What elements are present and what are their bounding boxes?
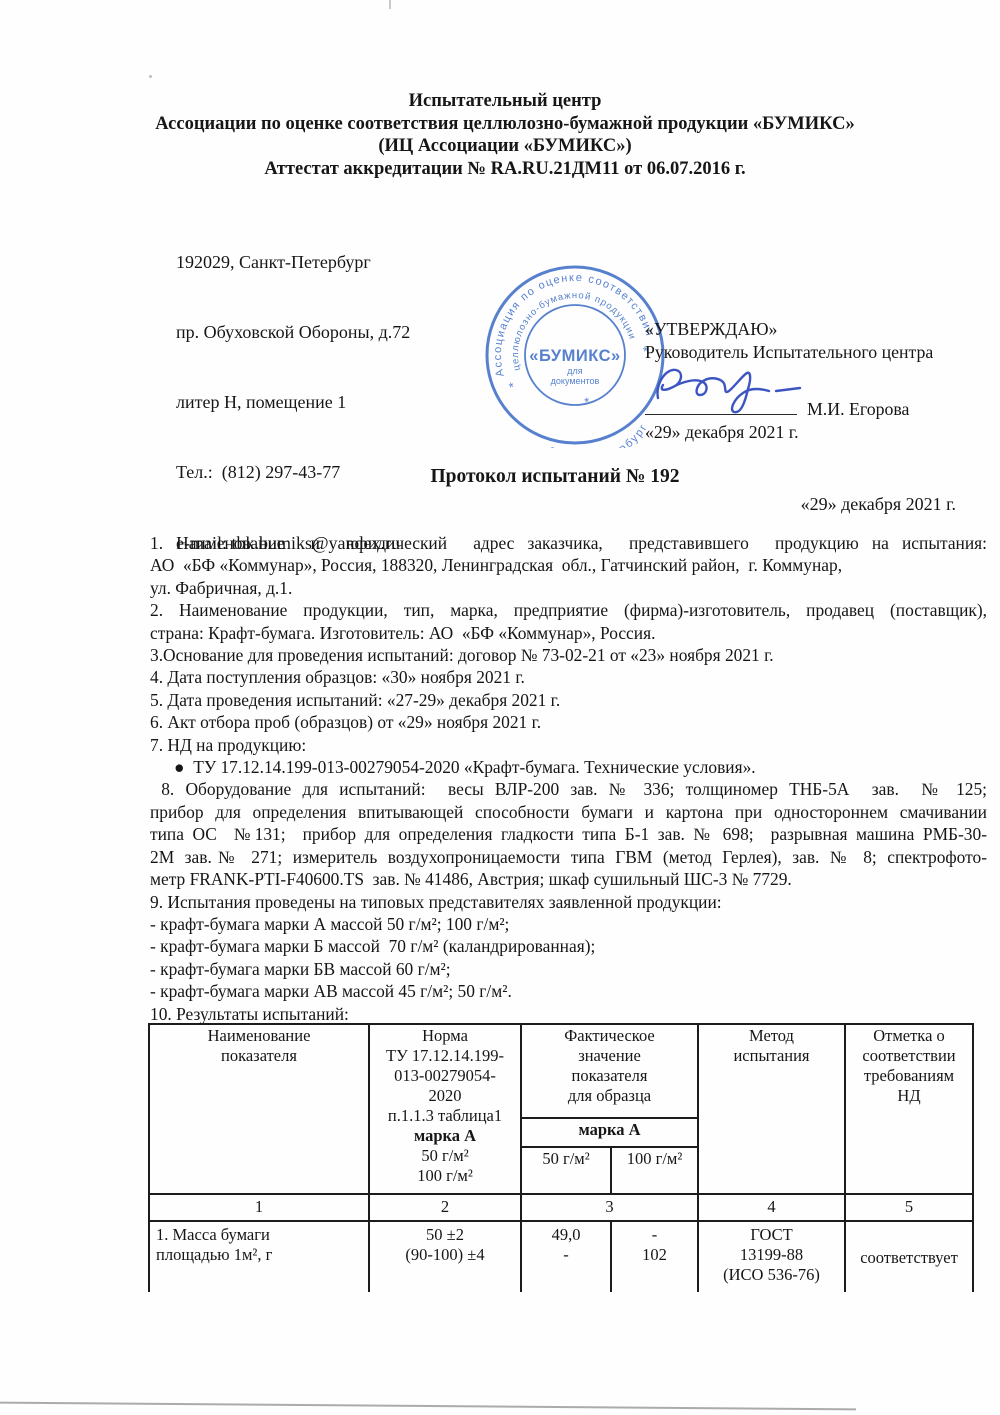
column-number: 5 xyxy=(845,1194,973,1221)
svg-text:Санкт-Петербург: Санкт-Петербург xyxy=(543,419,656,448)
body-line-bullet: ● ТУ 17.12.14.199-013-00279054-2020 «Кра… xyxy=(150,756,987,778)
body-line: страна: Крафт-бумага. Изготовитель: АО «… xyxy=(150,622,987,644)
row-method: ГОСТ 13199-88 (ИСО 536-76) xyxy=(698,1221,845,1292)
table-header-conformity: Отметка о соответствии требованиям НД xyxy=(845,1024,973,1194)
column-number: 4 xyxy=(698,1194,845,1221)
stamp-center-name: «БУМИКС» xyxy=(529,347,620,365)
body-line: метр FRANK-PTI-F40600.TS зав. № 41486, А… xyxy=(150,868,987,890)
table-header-norm: Норма ТУ 17.12.14.199- 013-00279054- 202… xyxy=(369,1024,521,1194)
norm-grammage: 50 г/м² xyxy=(421,1146,468,1165)
body-line: ул. Фабричная, д.1. xyxy=(150,577,987,599)
body-line: 10. Результаты испытаний: xyxy=(150,1003,987,1025)
table-subheader-100: 100 г/м² xyxy=(611,1147,698,1194)
results-table: Наименование показателя Норма ТУ 17.12.1… xyxy=(148,1023,974,1292)
body-line: 5. Дата проведения испытаний: «27-29» де… xyxy=(150,689,987,711)
body-line: - крафт-бумага марки А массой 50 г/м²; 1… xyxy=(150,913,987,935)
column-number: 2 xyxy=(369,1194,521,1221)
row-indicator-name: 1. Масса бумаги площадью 1м², г xyxy=(149,1221,369,1292)
body-line: 2. Наименование продукции, тип, марка, п… xyxy=(150,599,987,621)
norm-ref: Норма ТУ 17.12.14.199- 013-00279054- 202… xyxy=(386,1026,504,1125)
row-conformity-mark: соответствует xyxy=(845,1221,973,1292)
body-line: 9. Испытания проведены на типовых предст… xyxy=(150,891,987,913)
protocol-date: «29» декабря 2021 г. xyxy=(700,494,956,515)
scan-speck xyxy=(149,75,152,78)
body-line: АО «БФ «Коммунар», Россия, 188320, Ленин… xyxy=(150,554,987,576)
table-header-indicator: Наименование показателя xyxy=(149,1024,369,1194)
contact-street: пр. Обуховской Обороны, д.72 xyxy=(176,321,410,344)
approval-word: «УТВЕРЖДАЮ» xyxy=(645,318,933,341)
body-line: 1. Наименование и юридический адрес зака… xyxy=(150,532,987,554)
body-line: 2М зав.№ 271; измеритель воздухопроницае… xyxy=(150,846,987,868)
table-row: 1. Масса бумаги площадью 1м², г 50 ±2 (9… xyxy=(149,1221,973,1292)
body-line: - крафт-бумага марки АВ массой 45 г/м²; … xyxy=(150,980,987,1002)
page-edge-shadow xyxy=(0,1402,856,1411)
row-actual-100: - 102 xyxy=(611,1221,698,1292)
letterhead-line-3: (ИЦ Ассоциации «БУМИКС») xyxy=(55,135,955,158)
stamp-star-left: * xyxy=(507,379,516,395)
table-header-actual: Фактическое значение показателя для обра… xyxy=(521,1024,698,1118)
letterhead-line-4: Аттестат аккредитации № RA.RU.21ДМ11 от … xyxy=(55,158,955,181)
row-norm-value: 50 ±2 (90-100) ±4 xyxy=(369,1221,521,1292)
body-line: - крафт-бумага марки Б массой 70 г/м² (к… xyxy=(150,935,987,957)
body-line: 4. Дата поступления образцов: «30» ноябр… xyxy=(150,666,987,688)
handwritten-signature xyxy=(650,360,835,420)
protocol-title: Протокол испытаний № 192 xyxy=(110,466,1000,488)
stamp-center-sub1: для xyxy=(567,366,583,376)
norm-grammage: 100 г/м² xyxy=(417,1166,473,1185)
letterhead: Испытательный центр Ассоциации по оценке… xyxy=(55,90,955,180)
body-line: - крафт-бумага марки БВ массой 60 г/м²; xyxy=(150,958,987,980)
body-line: 6. Акт отбора проб (образцов) от «29» но… xyxy=(150,711,987,733)
contact-building: литер Н, помещение 1 xyxy=(176,391,410,414)
body-line: типа ОС №131; прибор для определения гла… xyxy=(150,823,987,845)
letterhead-line-1: Испытательный центр xyxy=(55,90,955,113)
table-subheader-mark: марка А xyxy=(521,1118,698,1147)
letterhead-line-2: Ассоциации по оценке соответствия целлюл… xyxy=(55,113,955,136)
approval-date: «29» декабря 2021 г. xyxy=(645,421,933,444)
table-subheader-50: 50 г/м² xyxy=(521,1147,611,1194)
body-line: 7. НД на продукцию: xyxy=(150,734,987,756)
protocol-body: 1. Наименование и юридический адрес зака… xyxy=(150,532,987,1025)
row-actual-50: 49,0 - xyxy=(521,1221,611,1292)
stamp-center-sub2: документов xyxy=(551,376,600,386)
norm-mark: марка А xyxy=(372,1126,518,1146)
contact-postal: 192029, Санкт-Петербург xyxy=(176,251,410,274)
table-header-method: Метод испытания xyxy=(698,1024,845,1194)
scan-speck xyxy=(389,0,391,9)
body-line: 3.Основание для проведения испытаний: до… xyxy=(150,644,987,666)
stamp-arc-bottom-text: Санкт-Петербург xyxy=(543,419,656,448)
body-line: 8. Оборудование для испытаний: весы ВЛР-… xyxy=(150,778,987,800)
column-number: 1 xyxy=(149,1194,369,1221)
column-number: 3 xyxy=(521,1194,698,1221)
scanned-document-page: Испытательный центр Ассоциации по оценке… xyxy=(0,0,1000,1415)
body-line: прибор для определения впитывающей спосо… xyxy=(150,801,987,823)
